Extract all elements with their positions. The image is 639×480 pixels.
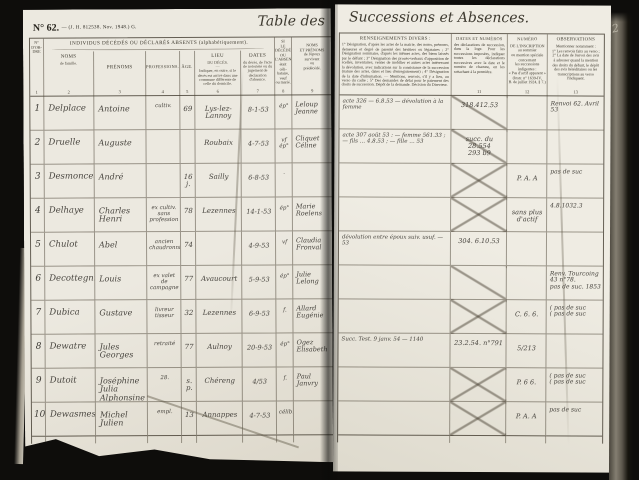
cell-lieu: Chéreng bbox=[197, 368, 243, 402]
col-number: 4 bbox=[146, 90, 179, 95]
cell-ordre: 8 bbox=[32, 335, 46, 369]
cell-declaration bbox=[451, 266, 507, 300]
column-tick bbox=[338, 435, 450, 442]
cell-ordre: 6 bbox=[31, 267, 45, 301]
cell-renseignements: Succ. Test. 9 janv. 54 — 1140 bbox=[338, 333, 450, 367]
col-label: NUMÉRO bbox=[508, 37, 547, 42]
cell-numero: sans plus d'actif bbox=[507, 198, 547, 232]
cell-renseignements bbox=[339, 299, 451, 333]
col-number: 12 bbox=[508, 90, 547, 95]
cell-declaration: 318.412.53 bbox=[451, 96, 507, 130]
cell-nom: Druelle bbox=[44, 130, 94, 164]
cell-numero bbox=[507, 130, 547, 164]
col-sublabel: du décès, de l'acte de notoriété ou du j… bbox=[241, 60, 274, 82]
cell-nom: Delhaye bbox=[45, 198, 95, 232]
cell-prenoms: André bbox=[95, 164, 147, 198]
cell-declaration bbox=[450, 402, 506, 436]
col-label: OBSERVATIONS bbox=[548, 37, 604, 43]
column-tick bbox=[46, 436, 96, 443]
column-tick bbox=[197, 436, 243, 443]
cell-observations: Renvoi 62. Avril 53 bbox=[547, 96, 603, 130]
col-header-ordre-label: N° D'OR- DRE bbox=[30, 41, 43, 55]
col-label: SI LE DÉCÉDÉ OU L'ABSENT était céli- bat… bbox=[275, 39, 291, 85]
col-header-observations: OBSERVATIONS Mentionner notamment : 1° L… bbox=[548, 34, 604, 96]
col-number: 11 bbox=[452, 90, 507, 95]
cell-observations bbox=[547, 130, 603, 164]
cell-date: 4-9-53 bbox=[242, 231, 276, 265]
cell-prenoms: Abel bbox=[95, 232, 147, 266]
cell-age: 78 bbox=[181, 198, 196, 232]
col-number: 5 bbox=[180, 90, 194, 95]
cell-etat: · bbox=[276, 163, 293, 197]
right-page: Successions et Absences. RENSEIGNEMENTS … bbox=[333, 4, 611, 472]
table-body-left: 1DelplaceAntoinecultiv.69Lys-lez-Lannoy8… bbox=[30, 95, 334, 444]
cell-nom: Dutoit bbox=[46, 368, 96, 402]
column-tick bbox=[450, 436, 506, 443]
cell-nom: Decottegnie bbox=[45, 266, 95, 300]
cell-numero bbox=[507, 266, 547, 300]
register-table-right: RENSEIGNEMENTS DIVERS : 1° Désignation, … bbox=[337, 32, 605, 443]
cell-declaration bbox=[450, 368, 506, 402]
cell-profession: retraité bbox=[148, 334, 182, 368]
cell-etat: f. bbox=[276, 299, 293, 333]
col-number: 3 bbox=[94, 90, 145, 95]
col-header-professions: PROFESSIONS. 4 bbox=[146, 51, 180, 96]
cell-ordre: 10 bbox=[32, 403, 46, 437]
cell-observations bbox=[547, 232, 603, 266]
col-body-text: 1° Désignation, d'après les actes de la … bbox=[340, 42, 451, 89]
cell-prenoms: Louis bbox=[95, 266, 147, 300]
col-label: LIEU bbox=[195, 54, 240, 60]
col-header-age: ÂGE. 5 bbox=[180, 51, 195, 96]
register-table-left: N° D'OR- DRE 1 INDIVIDUS DÉCÉDÉS OU DÉCL… bbox=[29, 36, 335, 444]
group-header: INDIVIDUS DÉCÉDÉS OU DÉCLARÉS ABSENTS (a… bbox=[44, 37, 275, 51]
col-header-etat-civil: SI LE DÉCÉDÉ OU L'ABSENT était céli- bat… bbox=[275, 37, 292, 95]
cell-lieu: Lys-lez-Lannoy bbox=[195, 96, 241, 130]
cell-etat: ép° bbox=[277, 333, 294, 367]
cell-prenoms: Joséphine Julia Alphonsine bbox=[96, 368, 148, 402]
cell-age: s. p. bbox=[182, 368, 197, 402]
cell-etat: vf bbox=[276, 231, 293, 265]
cell-renseignements: dévolution entre époux suiv. usuf. — 53 bbox=[339, 231, 451, 265]
cell-etat: ép° bbox=[276, 265, 293, 299]
cell-profession: ancien chaudronnier bbox=[147, 232, 181, 266]
col-number: 13 bbox=[548, 90, 604, 95]
col-label: NOMS bbox=[44, 54, 93, 60]
page-title-left: Table des bbox=[258, 13, 325, 29]
cell-nom: Dewasmes bbox=[46, 402, 96, 436]
cell-lieu: Sailly bbox=[196, 164, 242, 198]
cell-renseignements bbox=[338, 401, 450, 435]
cell-profession: ex valet de campagne bbox=[147, 266, 181, 300]
cell-declaration bbox=[451, 300, 507, 334]
col-label: PROFESSIONS. bbox=[146, 65, 179, 70]
left-page: N° 62. — (J. H. 812538. Nov. 1948.) G. T… bbox=[23, 8, 333, 464]
cell-date: 4-7-53 bbox=[243, 401, 277, 435]
cell-prenoms: Jules Georges bbox=[96, 334, 148, 368]
cell-date: 8-1-53 bbox=[241, 95, 275, 129]
cell-date: 6-9-53 bbox=[242, 299, 276, 333]
column-tick bbox=[96, 436, 148, 443]
cell-observations: pas de suc bbox=[547, 164, 603, 198]
col-header-numero-sommier: NUMÉRO DE L'INSCRIPTION au sommier ou me… bbox=[508, 34, 548, 96]
cell-age: 13 bbox=[182, 402, 197, 436]
cell-lieu: Avaucourt bbox=[196, 266, 242, 300]
cell-numero bbox=[507, 96, 547, 130]
form-number-line: N° 62. — (J. H. 812538. Nov. 1948.) G. bbox=[33, 22, 137, 34]
cell-numero: C. 6. 6. bbox=[507, 300, 547, 334]
cell-prenoms: Antoine bbox=[94, 96, 146, 130]
cell-declaration bbox=[451, 164, 507, 198]
cell-ordre: 5 bbox=[31, 233, 45, 267]
cell-declaration bbox=[451, 198, 507, 232]
cell-numero bbox=[507, 232, 547, 266]
cell-ordre: 4 bbox=[31, 199, 45, 233]
column-tick bbox=[148, 436, 182, 443]
cell-nom: Dewatre bbox=[46, 334, 96, 368]
cell-prenoms: Auguste bbox=[94, 130, 146, 164]
cell-numero: P. A. A bbox=[507, 164, 547, 198]
col-label: PRÉNOMS bbox=[94, 65, 145, 71]
cell-lieu: Lezennes bbox=[196, 300, 242, 334]
col-number: 6 bbox=[195, 90, 240, 95]
cell-declaration: 304. 6.10.53 bbox=[451, 232, 507, 266]
cell-observations: 4.8.1032.3 bbox=[547, 198, 603, 232]
page-title-right: Successions et Absences. bbox=[349, 9, 529, 26]
col-body-text: Mentionner notamment : 1° Les renvois fa… bbox=[548, 45, 604, 82]
cell-ordre: 9 bbox=[32, 369, 46, 403]
cell-nom: Delplace bbox=[44, 96, 94, 130]
cell-lieu: Aulnoy bbox=[197, 334, 243, 368]
cell-age bbox=[180, 130, 195, 164]
col-label: DATES bbox=[241, 53, 274, 59]
cell-renseignements: acte 326 — 6.8.53 — dévolution à la femm… bbox=[339, 95, 451, 129]
col-sublabel: de famille. bbox=[44, 61, 93, 66]
col-number: 8 bbox=[275, 89, 291, 94]
cell-numero: P. A. A bbox=[506, 402, 546, 436]
col-header-dates: DATES du décès, de l'acte de notoriété o… bbox=[241, 50, 275, 95]
cell-renseignements bbox=[339, 197, 451, 231]
col-header-renseignements: RENSEIGNEMENTS DIVERS : 1° Désignation, … bbox=[340, 33, 452, 95]
cell-age: 77 bbox=[181, 266, 196, 300]
cell-observations bbox=[546, 334, 602, 368]
cell-profession: empl. bbox=[148, 402, 182, 436]
book-gutter-shadow bbox=[320, 0, 338, 480]
cell-date: 4/53 bbox=[243, 367, 277, 401]
column-tick bbox=[243, 435, 277, 442]
cell-renseignements: acte 307 août 53 : — femme 561.33 ; — fi… bbox=[339, 129, 451, 163]
cell-profession bbox=[147, 164, 181, 198]
cell-profession: 28. bbox=[148, 368, 182, 402]
column-tick bbox=[277, 435, 294, 442]
col-label: ÂGE. bbox=[180, 65, 194, 70]
cell-profession: cultiv. bbox=[146, 96, 180, 130]
col-sublabel: DU DÉCÈS. — Indiquer, en outre, si le dé… bbox=[195, 60, 240, 87]
cell-etat: vf ép° bbox=[275, 129, 292, 163]
cell-lieu: Roubaix bbox=[195, 130, 241, 164]
cell-renseignements bbox=[338, 367, 450, 401]
cell-age: 16 j. bbox=[181, 164, 196, 198]
cell-observations: ( pas de suc ( pas de suc bbox=[547, 300, 603, 334]
cell-ordre: 3 bbox=[31, 165, 45, 199]
cell-numero: P. 6 6. bbox=[506, 368, 546, 402]
cell-observations: Renv. Tourcoing 43 n°78. pas de suc. 185… bbox=[547, 266, 603, 300]
cell-profession: ex cultiv. sans profession bbox=[147, 198, 181, 232]
column-tick bbox=[546, 436, 602, 443]
cell-date: 20-9-53 bbox=[243, 333, 277, 367]
cell-prenoms: Michel Julien bbox=[96, 402, 148, 436]
cell-etat: ép° bbox=[276, 197, 293, 231]
cell-observations: pas de suc bbox=[546, 402, 602, 436]
cell-age: 32 bbox=[181, 300, 196, 334]
cell-etat: ép° bbox=[275, 95, 292, 129]
cell-nom: Dubica bbox=[45, 300, 95, 334]
cell-age: 74 bbox=[181, 232, 196, 266]
cell-lieu: Lezennes bbox=[196, 198, 242, 232]
cell-date: 5-9-53 bbox=[242, 265, 276, 299]
cell-lieu bbox=[196, 232, 242, 266]
form-number: N° 62. bbox=[33, 23, 59, 34]
cell-etat: f. bbox=[277, 367, 294, 401]
cell-lieu: Annappes bbox=[197, 402, 243, 436]
col-number: 2 bbox=[44, 91, 93, 96]
cell-ordre: 1 bbox=[30, 97, 44, 131]
cell-observations: ( pas de suc ( pas de suc bbox=[546, 368, 602, 402]
table-header-left: N° D'OR- DRE 1 INDIVIDUS DÉCÉDÉS OU DÉCL… bbox=[30, 37, 332, 97]
table-header-right: RENSEIGNEMENTS DIVERS : 1° Désignation, … bbox=[340, 33, 604, 96]
col-header-lieu: LIEU DU DÉCÈS. — Indiquer, en outre, si … bbox=[195, 51, 241, 96]
cell-ordre: 7 bbox=[31, 301, 45, 335]
cell-ordre: 2 bbox=[30, 131, 44, 165]
cell-nom: Chulot bbox=[45, 232, 95, 266]
form-reference: — (J. H. 812538. Nov. 1948.) G. bbox=[62, 25, 137, 30]
book-page-edges bbox=[609, 0, 639, 480]
col-header-noms: NOMS de famille. 2 bbox=[44, 51, 94, 96]
cell-renseignements bbox=[339, 265, 451, 299]
group-header-label: INDIVIDUS DÉCÉDÉS OU DÉCLARÉS ABSENTS (a… bbox=[70, 40, 248, 47]
col-header-declarations: DATES ET NUMÉROS des déclarations de suc… bbox=[452, 34, 508, 96]
cell-date: 6-8-53 bbox=[242, 163, 276, 197]
cell-prenoms: Charles Henri bbox=[95, 198, 147, 232]
col-header-ordre: N° D'OR- DRE 1 bbox=[30, 39, 44, 97]
cell-prenoms: Gustave bbox=[95, 300, 147, 334]
col-header-prenoms: PRÉNOMS 3 bbox=[94, 51, 146, 96]
cell-numero: 5/213 bbox=[506, 334, 546, 368]
cell-renseignements bbox=[339, 163, 451, 197]
cell-profession bbox=[146, 130, 180, 164]
cell-age: 77 bbox=[182, 334, 197, 368]
cell-declaration: succ. du 28.554 293 b9 bbox=[451, 130, 507, 164]
column-tick bbox=[182, 436, 197, 443]
cell-etat: célib. bbox=[277, 401, 294, 435]
col-body-text: des déclarations de succession, dans la … bbox=[452, 42, 507, 76]
col-body-text: DE L'INSCRIPTION au sommier ou mention s… bbox=[508, 44, 547, 86]
cell-nom: Desmonceaux bbox=[45, 164, 95, 198]
cell-profession: livreur tisseur bbox=[147, 300, 181, 334]
col-number: 7 bbox=[241, 90, 274, 95]
cell-date: 14-1-53 bbox=[242, 197, 276, 231]
table-body-right: acte 326 — 6.8.53 — dévolution à la femm… bbox=[338, 95, 604, 443]
column-tick bbox=[32, 437, 46, 444]
col-number: 1 bbox=[30, 91, 43, 96]
cell-declaration: 23.2.54. n°791 bbox=[450, 334, 506, 368]
cell-date: 4-7-53 bbox=[241, 129, 275, 163]
column-tick bbox=[506, 436, 546, 443]
cell-age: 69 bbox=[180, 96, 195, 130]
